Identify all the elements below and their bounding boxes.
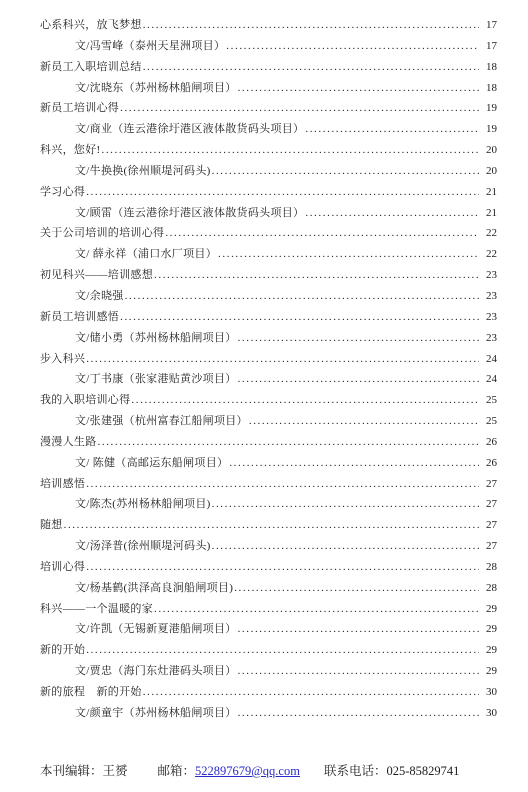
toc-row: 文/沈晓东（苏州杨林船闸项目） 18 (40, 78, 497, 99)
toc-entry-text: 文/储小勇（苏州杨林船闸项目） (75, 328, 237, 349)
toc-dot-leader (86, 640, 479, 661)
toc-entry-text: 我的入职培训心得 (40, 390, 130, 411)
toc-dot-leader (101, 140, 479, 161)
phone-number: 025-85829741 (386, 764, 459, 779)
toc-dot-leader (86, 474, 479, 495)
toc-dot-leader (212, 494, 479, 515)
toc-row: 新员工培训感悟 23 (40, 307, 497, 328)
toc-dot-leader (238, 78, 479, 99)
toc-entry-page: 29 (480, 599, 497, 620)
toc-list: 心系科兴，放飞梦想 17 文/冯雪峰（泰州天星洲项目） 17 新员工入职培训总结… (40, 15, 497, 724)
toc-dot-leader (165, 223, 479, 244)
toc-dot-leader (86, 182, 479, 203)
toc-dot-leader (249, 411, 479, 432)
toc-dot-leader (131, 390, 479, 411)
toc-entry-text: 心系科兴，放飞梦想 (40, 15, 142, 36)
toc-entry-text: 新的开始 (40, 640, 85, 661)
toc-row: 文/商业（连云港徐圩港区液体散货码头项目） 19 (40, 119, 497, 140)
toc-entry-page: 19 (480, 119, 497, 140)
toc-row: 文/杨基鹤(洪泽高良涧船闸项目) 28 (40, 578, 497, 599)
toc-entry-text: 漫漫人生路 (40, 432, 97, 453)
toc-entry-text: 文/陈杰(苏州杨林船闸项目) (75, 494, 211, 515)
toc-row: 新的旅程 新的开始 30 (40, 682, 497, 703)
toc-row: 文/许凯（无锡新夏港船闸项目） 29 (40, 619, 497, 640)
toc-row: 心系科兴，放飞梦想 17 (40, 15, 497, 36)
toc-entry-page: 22 (480, 223, 497, 244)
toc-entry-page: 24 (480, 369, 497, 390)
toc-row: 文/贾忠（海门东灶港码头项目） 29 (40, 661, 497, 682)
email-label: 邮箱： (158, 761, 196, 779)
toc-entry-text: 文/贾忠（海门东灶港码头项目） (75, 661, 237, 682)
toc-row: 文/陈杰(苏州杨林船闸项目) 27 (40, 494, 497, 515)
toc-entry-text: 文/颜童宇（苏州杨林船闸项目） (75, 703, 237, 724)
toc-dot-leader (238, 369, 479, 390)
toc-row: 初见科兴——培训感想 23 (40, 265, 497, 286)
toc-entry-text: 培训感悟 (40, 474, 85, 495)
toc-entry-text: 文/ 陈健（高邮运东船闸项目） (75, 453, 228, 474)
toc-row: 新员工培训心得 19 (40, 98, 497, 119)
toc-entry-text: 文/牛换换(徐州顺堤河码头) (75, 161, 211, 182)
toc-entry-page: 28 (480, 557, 497, 578)
toc-row: 漫漫人生路 26 (40, 432, 497, 453)
toc-row: 新的开始 29 (40, 640, 497, 661)
toc-entry-page: 17 (480, 36, 497, 57)
toc-row: 培训心得 28 (40, 557, 497, 578)
toc-entry-page: 28 (480, 578, 497, 599)
toc-entry-text: 科兴——一个温暖的家 (40, 599, 153, 620)
toc-entry-page: 23 (480, 265, 497, 286)
toc-entry-text: 学习心得 (40, 182, 85, 203)
toc-dot-leader (212, 161, 479, 182)
toc-row: 步入科兴 24 (40, 349, 497, 370)
toc-dot-leader (154, 599, 479, 620)
page-footer: 本刊编辑： 王赟 邮箱： 522897679@qq.com 联系电话： 025-… (40, 761, 498, 779)
toc-dot-leader (218, 244, 479, 265)
toc-entry-page: 17 (480, 15, 497, 36)
toc-entry-page: 18 (480, 78, 497, 99)
toc-row: 新员工入职培训总结 18 (40, 57, 497, 78)
toc-entry-page: 26 (480, 453, 497, 474)
email-link[interactable]: 522897679@qq.com (195, 764, 300, 779)
toc-row: 文/顾雷（连云港徐圩港区液体散货码头项目） 21 (40, 203, 497, 224)
toc-row: 文/颜童宇（苏州杨林船闸项目） 30 (40, 703, 497, 724)
toc-entry-text: 文/ 薛永祥（浦口水厂项目） (75, 244, 217, 265)
toc-entry-page: 27 (480, 515, 497, 536)
toc-entry-text: 文/汤泽普(徐州顺堤河码头) (75, 536, 211, 557)
toc-dot-leader (143, 15, 479, 36)
toc-entry-page: 25 (480, 411, 497, 432)
toc-entry-page: 20 (480, 161, 497, 182)
toc-entry-text: 关于公司培训的培训心得 (40, 223, 164, 244)
toc-row: 文/冯雪峰（泰州天星洲项目） 17 (40, 36, 497, 57)
toc-entry-text: 科兴，您好! (40, 140, 100, 161)
toc-dot-leader (120, 98, 479, 119)
toc-entry-text: 文/杨基鹤(洪泽高良涧船闸项目) (75, 578, 233, 599)
phone-label: 联系电话： (324, 761, 387, 779)
toc-dot-leader (238, 328, 479, 349)
toc-dot-leader (98, 432, 480, 453)
toc-entry-text: 文/商业（连云港徐圩港区液体散货码头项目） (75, 119, 304, 140)
toc-row: 文/余晓强 23 (40, 286, 497, 307)
toc-entry-text: 新的旅程 新的开始 (40, 682, 142, 703)
toc-entry-page: 29 (480, 661, 497, 682)
toc-row: 培训感悟 27 (40, 474, 497, 495)
toc-dot-leader (143, 57, 479, 78)
toc-dot-leader (154, 265, 479, 286)
toc-entry-page: 27 (480, 494, 497, 515)
toc-entry-text: 初见科兴——培训感想 (40, 265, 153, 286)
toc-dot-leader (238, 703, 479, 724)
toc-row: 科兴，您好! 20 (40, 140, 497, 161)
toc-dot-leader (143, 682, 479, 703)
toc-row: 文/ 陈健（高邮运东船闸项目） 26 (40, 453, 497, 474)
toc-row: 随想 27 (40, 515, 497, 536)
toc-dot-leader (238, 619, 479, 640)
toc-dot-leader (305, 203, 479, 224)
toc-entry-text: 新员工入职培训总结 (40, 57, 142, 78)
toc-row: 文/丁书康（张家港贴黄沙项目） 24 (40, 369, 497, 390)
toc-dot-leader (125, 286, 479, 307)
toc-dot-leader (86, 349, 479, 370)
toc-entry-page: 21 (480, 203, 497, 224)
toc-entry-page: 30 (480, 703, 497, 724)
toc-entry-text: 文/沈晓东（苏州杨林船闸项目） (75, 78, 237, 99)
toc-entry-page: 27 (480, 536, 497, 557)
toc-entry-page: 22 (480, 244, 497, 265)
editor-label: 本刊编辑： (40, 761, 103, 779)
toc-dot-leader (212, 536, 479, 557)
toc-entry-page: 20 (480, 140, 497, 161)
toc-entry-page: 23 (480, 328, 497, 349)
toc-dot-leader (226, 36, 479, 57)
toc-entry-text: 步入科兴 (40, 349, 85, 370)
toc-entry-page: 26 (480, 432, 497, 453)
toc-entry-page: 29 (480, 640, 497, 661)
toc-row: 文/ 薛永祥（浦口水厂项目） 22 (40, 244, 497, 265)
toc-row: 文/储小勇（苏州杨林船闸项目） 23 (40, 328, 497, 349)
toc-row: 学习心得 21 (40, 182, 497, 203)
toc-row: 文/张建强（杭州富春江船闸项目） 25 (40, 411, 497, 432)
toc-entry-text: 培训心得 (40, 557, 85, 578)
toc-dot-leader (86, 557, 479, 578)
toc-entry-page: 23 (480, 286, 497, 307)
toc-entry-page: 23 (480, 307, 497, 328)
toc-entry-text: 文/丁书康（张家港贴黄沙项目） (75, 369, 237, 390)
toc-row: 科兴——一个温暖的家 29 (40, 599, 497, 620)
toc-entry-text: 文/余晓强 (75, 286, 124, 307)
toc-entry-page: 19 (480, 98, 497, 119)
toc-dot-leader (229, 453, 479, 474)
toc-entry-page: 30 (480, 682, 497, 703)
toc-dot-leader (305, 119, 479, 140)
toc-dot-leader (120, 307, 479, 328)
toc-entry-text: 文/顾雷（连云港徐圩港区液体散货码头项目） (75, 203, 304, 224)
toc-entry-text: 文/张建强（杭州富春江船闸项目） (75, 411, 248, 432)
toc-entry-page: 18 (480, 57, 497, 78)
toc-entry-text: 新员工培训心得 (40, 98, 119, 119)
toc-dot-leader (64, 515, 479, 536)
toc-row: 关于公司培训的培训心得 22 (40, 223, 497, 244)
toc-row: 文/牛换换(徐州顺堤河码头) 20 (40, 161, 497, 182)
toc-dot-leader (234, 578, 479, 599)
toc-row: 文/汤泽普(徐州顺堤河码头) 27 (40, 536, 497, 557)
toc-row: 我的入职培训心得 25 (40, 390, 497, 411)
toc-entry-text: 新员工培训感悟 (40, 307, 119, 328)
toc-entry-text: 文/冯雪峰（泰州天星洲项目） (75, 36, 225, 57)
toc-dot-leader (238, 661, 479, 682)
toc-entry-page: 29 (480, 619, 497, 640)
toc-entry-page: 21 (480, 182, 497, 203)
toc-entry-page: 25 (480, 390, 497, 411)
toc-entry-page: 24 (480, 349, 497, 370)
editor-name: 王赟 (103, 761, 128, 779)
document-page: 心系科兴，放飞梦想 17 文/冯雪峰（泰州天星洲项目） 17 新员工入职培训总结… (0, 0, 528, 792)
toc-entry-text: 随想 (40, 515, 63, 536)
toc-entry-page: 27 (480, 474, 497, 495)
toc-entry-text: 文/许凯（无锡新夏港船闸项目） (75, 619, 237, 640)
